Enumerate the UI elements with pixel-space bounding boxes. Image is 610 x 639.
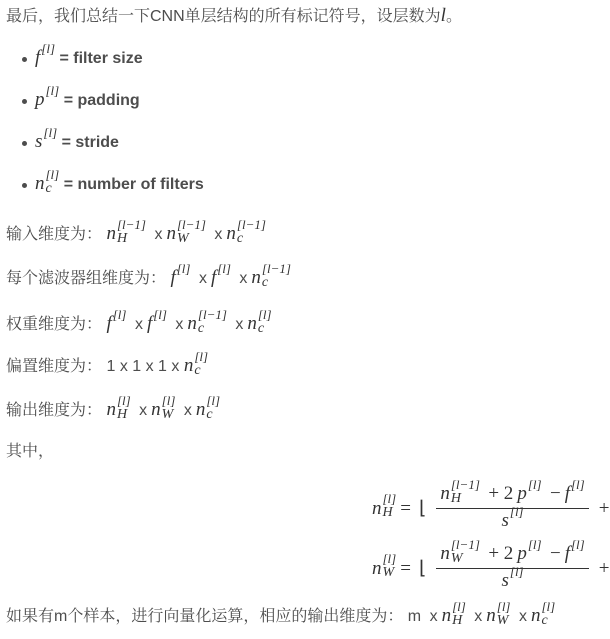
sup: [l] [528,479,542,491]
vectorized-dims: 如果有m个样本，进行向量化运算，相应的输出维度为： m xn[l]H xn[l]… [6,604,555,630]
times: x [239,270,247,287]
plus-two: + 2 [488,543,513,564]
sup: [l] [43,127,57,139]
sup: [l] [46,169,60,181]
weight-dims: 权重维度为： f[l] xf[l] xn[l−1]c xn[l]c [6,312,272,338]
sym: n [442,605,452,626]
times: x [184,402,192,419]
times: x [235,316,243,333]
sub: c [198,323,227,335]
sup: [l] [46,85,60,97]
sub: H [452,615,466,627]
bullet-label: = padding [64,92,140,109]
bullet-dot-icon [22,99,27,104]
sup: [l−1] [117,219,146,231]
sym: n [196,399,206,420]
sym: n [184,355,194,376]
formula-width: n[l]W = ⌊ n[l−1]W + 2p[l] −f[l] s[l] + 1… [372,542,610,595]
bullet-dot-icon [22,57,27,62]
script: [l] [46,85,60,111]
bullet-label: = number of filters [64,176,204,193]
sup: [l−1] [177,219,206,231]
sub: W [383,567,397,579]
symbol-base: s [35,131,42,152]
sym: n [166,223,176,244]
bullet-padding: p[l] = padding [22,88,140,114]
sym: p [517,543,527,564]
minus: − [550,543,561,564]
sub: W [451,553,480,565]
sup: [l] [571,539,585,551]
sym: n [106,399,116,420]
sup: [l−1] [262,263,291,275]
sym: s [501,510,508,531]
sub: H [117,409,131,421]
symbol-base: f [35,47,40,68]
sup: [l] [194,351,208,363]
times: x [519,608,527,625]
sub: c [46,183,60,195]
sub: c [194,365,208,377]
sup: [l−1] [451,479,480,491]
intro-text: 最后，我们总结一下CNN单层结构的所有标记符号，设层数为 [6,8,441,25]
plus-one: + 1 [599,558,610,580]
sup: [l] [571,479,585,491]
sub: c [258,323,272,335]
equals: = [400,558,411,580]
sub: H [383,507,397,519]
sub: c [206,409,220,421]
sup: [l] [41,43,55,55]
sym: p [517,483,527,504]
times: x [139,402,147,419]
bias-dims: 偏置维度为： 1 x 1 x 1 x n[l]c [6,354,208,380]
times: x [199,270,207,287]
sym: n [440,483,450,504]
ones: 1 x 1 x 1 x [106,358,179,375]
bullet-dot-icon [22,183,27,188]
symbol-base: n [35,173,45,194]
sym: n [531,605,541,626]
sym: n [251,267,261,288]
sup: [l−1] [237,219,266,231]
input-dims: 输入维度为： n[l−1]H xn[l−1]W xn[l−1]c [6,222,266,248]
sym: n [187,313,197,334]
script: [l] [43,127,57,153]
plus-one: + 1 [599,498,610,520]
sup: [l−1] [451,539,480,551]
where-text: 其中， [6,440,54,464]
filter-dims: 每个滤波器组维度为： f[l] xf[l] xn[l−1]c [6,266,291,292]
sup: [l] [383,493,397,505]
fraction: n[l−1]H + 2p[l] −f[l] s[l] [436,482,588,535]
script: [l] [41,43,55,69]
intro-sentence: 最后，我们总结一下CNN单层结构的所有标记符号，设层数为l。 [6,4,462,29]
bullet-stride: s[l] = stride [22,130,119,156]
m: m [408,608,421,625]
dims-label: 权重维度为： [6,316,102,333]
sup: [l] [528,539,542,551]
sup: [l] [510,566,524,578]
denominator: s[l] [501,509,523,535]
times: x [214,226,222,243]
sym: n [151,399,161,420]
bullet-num-filters: n[l]c = number of filters [22,172,204,198]
sym: f [565,543,570,564]
sup: [l] [206,395,220,407]
sup: [l] [153,309,167,321]
dims-label: 输入维度为： [6,226,102,243]
dims-label: 如果有m个样本，进行向量化运算，相应的输出维度为： [6,608,403,625]
sym: n [247,313,257,334]
sym: f [106,313,111,334]
sub: W [177,233,206,245]
sym: n [226,223,236,244]
times: x [175,316,183,333]
dims-label: 每个滤波器组维度为： [6,270,166,287]
times: x [474,608,482,625]
sym: s [501,570,508,591]
sym: n [372,558,382,580]
sub: W [162,409,176,421]
sym: f [565,483,570,504]
sup: [l] [117,395,131,407]
sub: c [237,233,266,245]
sup: [l] [113,309,127,321]
times: x [430,608,438,625]
floor-left: ⌊ [419,497,426,520]
sub: H [117,233,146,245]
sup: [l] [452,601,466,613]
times: x [135,316,143,333]
bullet-label: = filter size [59,50,142,67]
sym: f [211,267,216,288]
times: x [154,226,162,243]
sup: [l] [541,601,555,613]
denominator: s[l] [501,569,523,595]
sym: f [170,267,175,288]
plus-two: + 2 [488,483,513,504]
output-dims: 输出维度为： n[l]H xn[l]W xn[l]c [6,398,220,424]
minus: − [550,483,561,504]
sup: [l] [162,395,176,407]
sym: n [486,605,496,626]
floor-left: ⌊ [419,557,426,580]
sym: f [147,313,152,334]
sub: W [497,615,511,627]
intro-end: 。 [446,8,462,25]
sup: [l] [383,553,397,565]
sub: c [262,277,291,289]
formula-height: n[l]H = ⌊ n[l−1]H + 2p[l] −f[l] s[l] + 1… [372,482,610,535]
fraction: n[l−1]W + 2p[l] −f[l] s[l] [436,542,588,595]
sup: [l] [497,601,511,613]
script: [l]c [46,169,60,195]
dims-label: 输出维度为： [6,402,102,419]
bullet-label: = stride [62,134,119,151]
sup: [l−1] [198,309,227,321]
equals: = [400,498,411,520]
sup: [l] [217,263,231,275]
sym: n [106,223,116,244]
symbol-base: p [35,89,45,110]
sup: [l] [510,506,524,518]
sub: c [541,615,555,627]
sup: [l] [258,309,272,321]
dims-label: 偏置维度为： [6,358,102,375]
sym: n [440,543,450,564]
bullet-filter-size: f[l] = filter size [22,46,143,72]
sym: n [372,498,382,520]
sub: H [451,493,480,505]
bullet-dot-icon [22,141,27,146]
sup: [l] [177,263,191,275]
